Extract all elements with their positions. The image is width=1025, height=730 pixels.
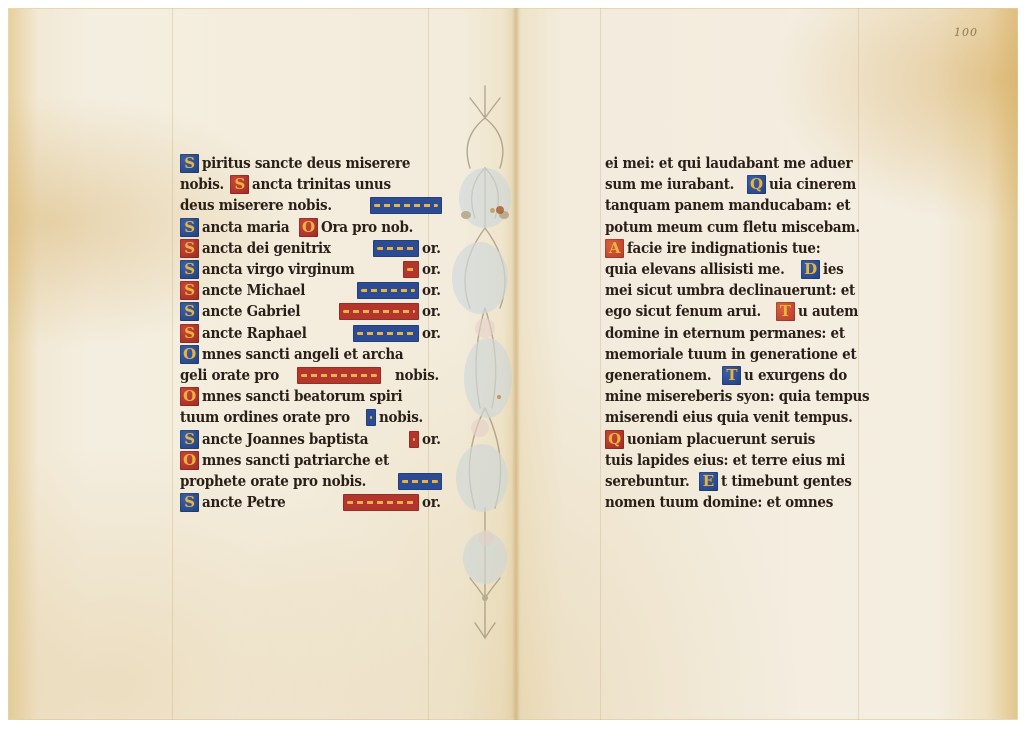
text-line: tanquam panem manducabam: et [605, 195, 867, 216]
text-line: Q uoniam placuerunt seruis [605, 428, 867, 449]
illuminated-initial: T [722, 366, 741, 385]
text-line: deus miserere nobis. [180, 195, 442, 216]
line-filler [403, 261, 419, 278]
text-line: O mnes sancti angeli et archa [180, 344, 442, 365]
ruling-line [172, 8, 173, 720]
text-line: ei mei: et qui laudabant me aduer [605, 153, 867, 174]
illuminated-initial: S [180, 218, 199, 237]
text-line: sum me iurabant. Q uia cinerem [605, 174, 867, 195]
text-line: miserendi eius quia venit tempus. [605, 407, 867, 428]
text-line: geli orate pro nobis. [180, 365, 442, 386]
folio-number: 100 [954, 26, 978, 39]
text-line: mine misereberis syon: quia tempus [605, 386, 867, 407]
text-line: S piritus sancte deus miserere [180, 153, 442, 174]
text-line: memoriale tuum in generatione et [605, 344, 867, 365]
text-line: S ancte Michael or. [180, 280, 442, 301]
text-line: nobis. S ancta trinitas unus [180, 174, 442, 195]
illuminated-initial: S [180, 302, 199, 321]
text-line: S ancte Raphael or. [180, 323, 442, 344]
line-filler [409, 431, 419, 448]
foxing-stain [497, 395, 501, 399]
text-line: S ancte Joannes baptista or. [180, 428, 442, 449]
line-filler [297, 367, 381, 384]
text-line: potum meum cum fletu miscebam. [605, 217, 867, 238]
text-line: S ancta virgo virginum or. [180, 259, 442, 280]
line-filler [398, 473, 442, 490]
text-line: serebuntur. E t timebunt gentes [605, 471, 867, 492]
illuminated-initial: S [180, 281, 199, 300]
line-filler [357, 282, 419, 299]
illuminated-initial: D [801, 260, 820, 279]
illuminated-initial: Q [605, 430, 624, 449]
text-line: S ancte Gabriel or. [180, 301, 442, 322]
illuminated-initial: E [699, 472, 718, 491]
ruling-line [600, 8, 601, 720]
line-filler [373, 240, 419, 257]
illuminated-initial: T [776, 302, 795, 321]
illuminated-initial: S [180, 260, 199, 279]
text-line: mei sicut umbra declinauerunt: et [605, 280, 867, 301]
illuminated-initial: Q [747, 175, 766, 194]
text-line: nomen tuum domine: et omnes [605, 492, 867, 513]
right-page-text: ei mei: et qui laudabant me aduer sum me… [605, 153, 867, 513]
line-filler [366, 409, 376, 426]
text-line: S ancta maria O Ora pro nob. [180, 217, 442, 238]
floral-border-icon [440, 78, 530, 658]
text-line: ego sicut fenum arui. T u autem [605, 301, 867, 322]
illuminated-initial: O [180, 451, 199, 470]
text-line: tuis lapides eius: et terre eius mi [605, 450, 867, 471]
text-line: quia elevans allisisti me. D ies [605, 259, 867, 280]
manuscript-spread: 100 [8, 8, 1018, 720]
text-line: prophete orate pro nobis. [180, 471, 442, 492]
illuminated-initial: O [299, 218, 318, 237]
illuminated-initial: S [180, 239, 199, 258]
line-filler [370, 197, 442, 214]
text-line: O mnes sancti beatorum spiri [180, 386, 442, 407]
text-line: tuum ordines orate pro nobis. [180, 407, 442, 428]
illuminated-initial: O [180, 387, 199, 406]
left-page-text: S piritus sancte deus miserere nobis. S … [180, 153, 442, 513]
text-line: S ancta dei genitrix or. [180, 238, 442, 259]
line-filler [353, 325, 419, 342]
text-line: O mnes sancti patriarche et [180, 450, 442, 471]
illuminated-initial: S [180, 324, 199, 343]
text-line: S ancte Petre or. [180, 492, 442, 513]
text-line: A facie ire indignationis tue: [605, 238, 867, 259]
illuminated-initial: S [180, 430, 199, 449]
illuminated-initial: S [230, 175, 249, 194]
foxing-stain [496, 206, 504, 214]
line-filler [343, 494, 419, 511]
line-filler [339, 303, 419, 320]
illuminated-initial: S [180, 493, 199, 512]
illuminated-initial: A [605, 239, 624, 258]
illuminated-initial: S [180, 154, 199, 173]
text-line: generationem. T u exurgens do [605, 365, 867, 386]
foxing-stain [490, 208, 495, 213]
text-line: domine in eternum permanes: et [605, 323, 867, 344]
illuminated-initial: O [180, 345, 199, 364]
